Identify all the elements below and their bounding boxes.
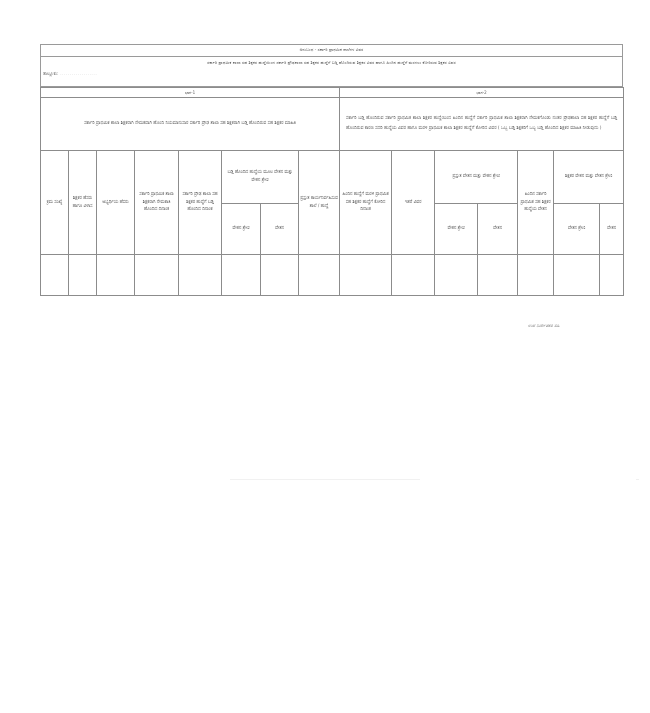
cell[interactable] [299, 255, 340, 296]
col-serial: ಕ್ರಮ ಸಂಖ್ಯೆ [41, 151, 69, 255]
cell[interactable] [478, 255, 518, 296]
col-present-scale: ವೇತನ ಶ್ರೇಣಿ [435, 204, 478, 255]
cell[interactable] [97, 255, 135, 296]
part-2-description: ಸರ್ಕಾರಿ ಬಡ್ತಿ ಹೊಂದಿರುವ ಸರ್ಕಾರಿ ಪ್ರಾಥಮಿಕ … [340, 98, 624, 151]
part-1-label: ಭಾಗ-1 [41, 88, 340, 98]
col-present-pay-group: ಪ್ರಸ್ತುತ ವೇತನ ಮತ್ತು ವೇತನ ಶ್ರೇಣಿ [435, 151, 518, 204]
col-promotion-scale: ವೇತನ ಶ್ರೇಣಿ [222, 204, 261, 255]
col-name: ಅಭ್ಯರ್ಥಿಯ ಹೆಸರು [97, 151, 135, 255]
cell[interactable] [179, 255, 222, 296]
cell[interactable] [222, 255, 261, 296]
cell[interactable] [135, 255, 179, 296]
subject-line: ಅನುಬಂಧ - ಸರ್ಕಾರಿ ಪ್ರಾಥಮಿಕ ಶಾಲೆಗಳ ವಿವರ [41, 45, 622, 57]
cell[interactable] [518, 255, 554, 296]
col-present-pay: ವೇತನ [478, 204, 518, 255]
form-page: ಅನುಬಂಧ - ಸರ್ಕಾರಿ ಪ್ರಾಥಮಿಕ ಶಾಲೆಗಳ ವಿವರ ಸರ… [40, 44, 623, 296]
part-1-description: ಸರ್ಕಾರಿ ಪ್ರಾಥಮಿಕ ಶಾಲಾ ಶಿಕ್ಷಕರಾಗಿ ನೇಮಕವಾಗ… [41, 98, 340, 151]
district-value: ................... [60, 72, 97, 77]
cell[interactable] [41, 255, 69, 296]
purpose-line: ಸರ್ಕಾರಿ ಪ್ರಾಥಮಿಕ ಶಾಲಾ ಸಹ ಶಿಕ್ಷಕರ ಹುದ್ದೆಯ… [41, 57, 622, 72]
col-reverted-primary: ಹಿಂದಿನ ಸರ್ಕಾರಿ ಪ್ರಾಥಮಿಕ ಸಹ ಶಿಕ್ಷಕರ ಹುದ್ದ… [518, 151, 554, 255]
district-label: ತಾಲ್ಲೂಕು: [43, 72, 59, 77]
col-teacher-pay-group: ಶಿಕ್ಷಕರ ವೇತನ ಮತ್ತು ವೇತನ ಶ್ರೇಣಿ [554, 151, 624, 204]
cell[interactable] [554, 255, 600, 296]
cell[interactable] [392, 255, 435, 296]
part-2-label: ಭಾಗ-2 [340, 88, 624, 98]
col-teacher-id: ಶಿಕ್ಷಕರ ಹೆಸರು ಹಾಗೂ ವಿಳಾಸ [69, 151, 97, 255]
col-promotion-pay-group: ಬಡ್ತಿ ಹೊಂದಿದ ಹುದ್ದೆಯ ಮೂಲ ವೇತನ ಮತ್ತು ವೇತನ… [222, 151, 299, 204]
table-row [41, 255, 624, 296]
cell[interactable] [435, 255, 478, 296]
form-header: ಅನುಬಂಧ - ಸರ್ಕಾರಿ ಪ್ರಾಥಮಿಕ ಶಾಲೆಗಳ ವಿವರ ಸರ… [40, 44, 623, 87]
scan-artifact-line [230, 479, 420, 480]
col-hs-promotion-date: ಸರ್ಕಾರಿ ಪ್ರೌಢ ಶಾಲಾ ಸಹ ಶಿಕ್ಷಕರ ಹುದ್ದೆಗೆ ಬ… [179, 151, 222, 255]
transfer-table: ಭಾಗ-1 ಭಾಗ-2 ಸರ್ಕಾರಿ ಪ್ರಾಥಮಿಕ ಶಾಲಾ ಶಿಕ್ಷಕ… [40, 87, 624, 296]
district-line: ತಾಲ್ಲೂಕು: ................... [41, 72, 622, 87]
col-other-details: ಇತರೆ ವಿವರ [392, 151, 435, 255]
col-promotion-pay: ವೇತನ [261, 204, 299, 255]
col-teacher-scale: ವೇತನ ಶ್ರೇಣಿ [554, 204, 600, 255]
col-reversion-date: ಹಿಂದಿನ ಹುದ್ದೆಗೆ ಮರಳಿ ಪ್ರಾಥಮಿಕ ಸಹ ಶಿಕ್ಷಕರ… [340, 151, 392, 255]
cell[interactable] [340, 255, 392, 296]
scan-artifact-dot [636, 479, 639, 480]
col-teacher-pay: ವೇತನ [600, 204, 624, 255]
cell[interactable] [600, 255, 624, 296]
cell[interactable] [261, 255, 299, 296]
col-primary-appointment: ಸರ್ಕಾರಿ ಪ್ರಾಥಮಿಕ ಶಾಲಾ ಶಿಕ್ಷಕರಾಗಿ ನೇಮಕಾತಿ… [135, 151, 179, 255]
col-current-post: ಪ್ರಸ್ತುತ ಕಾರ್ಯನಿರ್ವಹಿಸುವ ಶಾಲೆ / ಹುದ್ದೆ [299, 151, 340, 255]
signature-label: ಉಪ ನಿರ್ದೇಶಕರ ಸಹಿ [528, 323, 559, 329]
cell[interactable] [69, 255, 97, 296]
